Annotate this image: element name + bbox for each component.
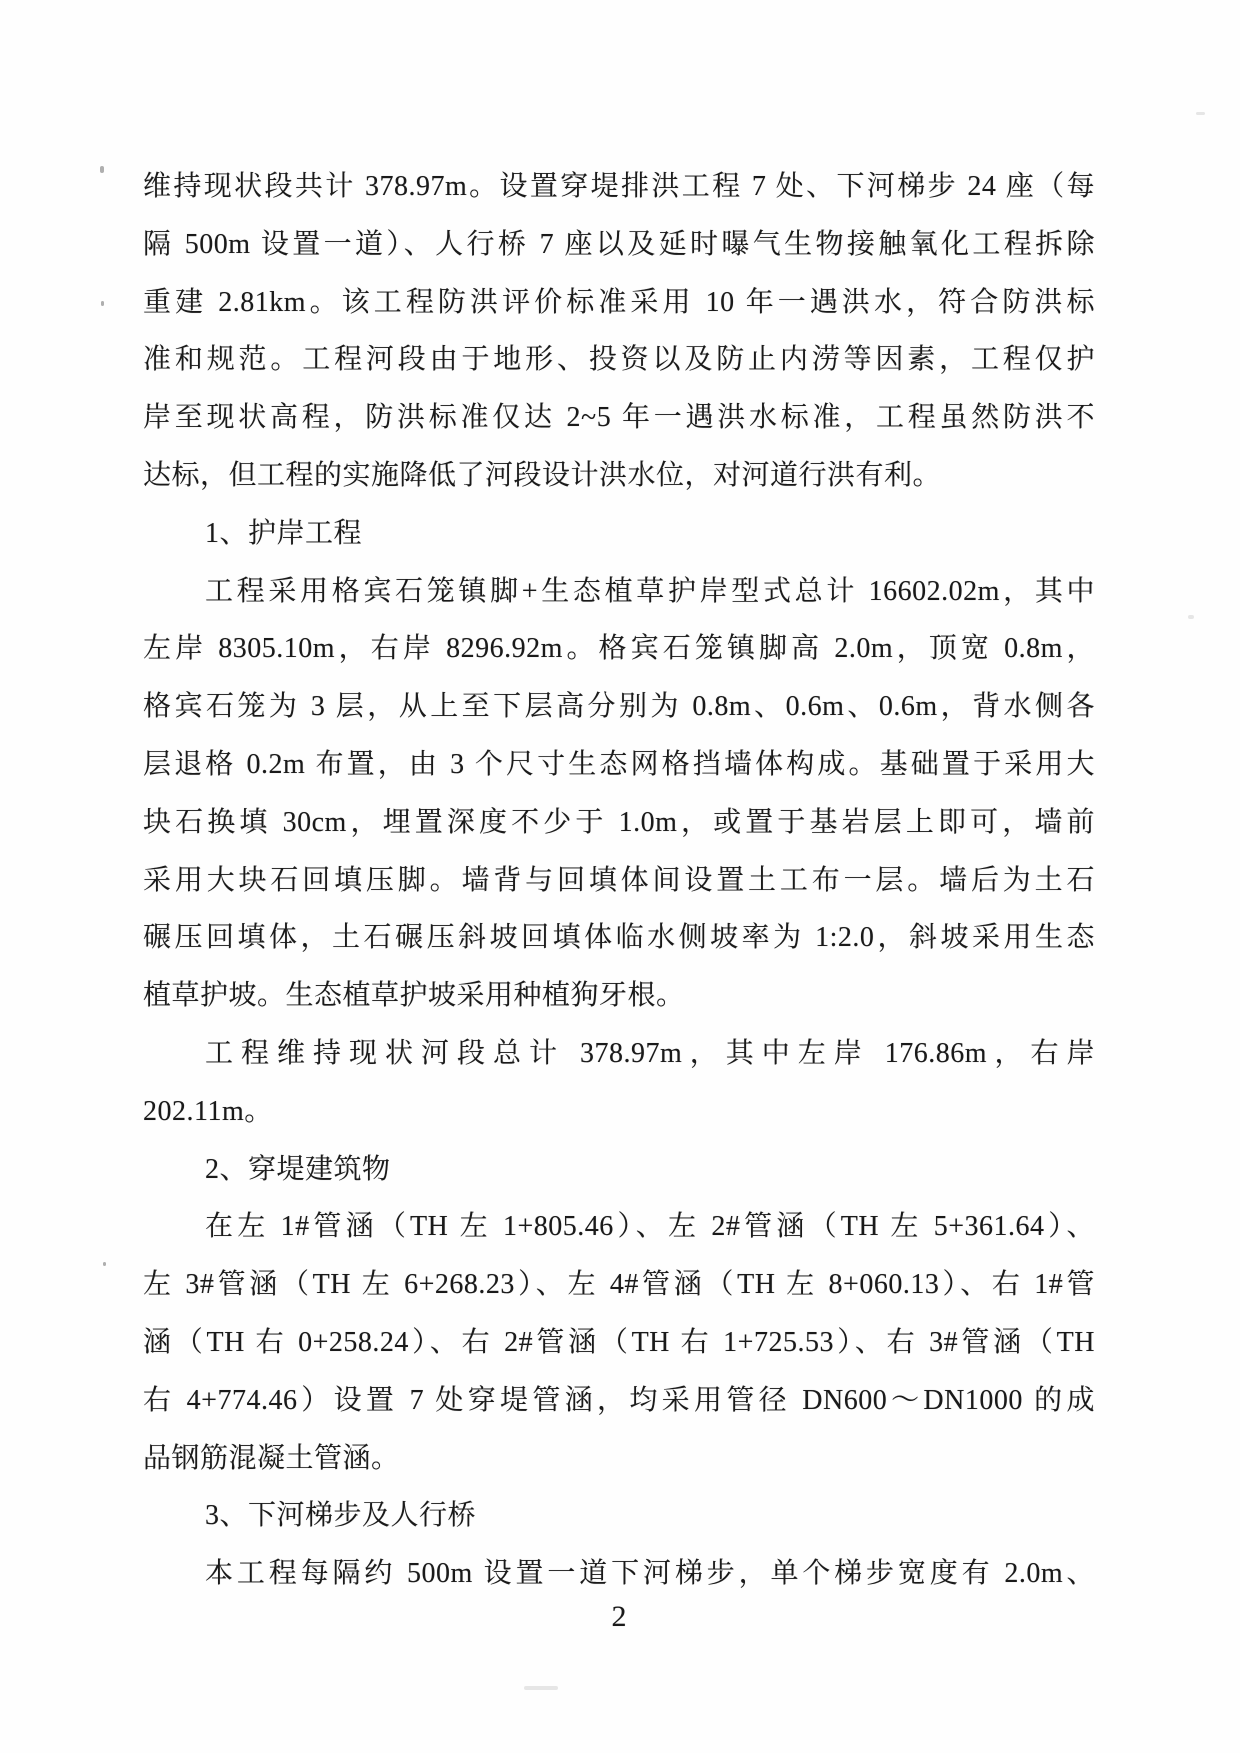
- text-line-25: 本工程每隔约 500m 设置一道下河梯步，单个梯步宽度有 2.0m、: [143, 1545, 1095, 1603]
- text-line-20: 左 3#管涵（TH 左 6+268.23）、左 4#管涵（TH 左 8+060.…: [143, 1256, 1095, 1314]
- text-line-13: 采用大块石回填压脚。墙背与回填体间设置土工布一层。墙后为土石: [143, 852, 1095, 910]
- text-line-12: 块石换填 30cm，埋置深度不少于 1.0m，或置于基岩层上即可，墙前: [143, 794, 1095, 852]
- text-line-24: 3、下河梯步及人行桥: [143, 1487, 1095, 1545]
- text-line-1: 维持现状段共计 378.97m。设置穿堤排洪工程 7 处、下河梯步 24 座（每: [143, 158, 1095, 216]
- text-line-14: 碾压回填体，土石碾压斜坡回填体临水侧坡率为 1:2.0，斜坡采用生态: [143, 909, 1095, 967]
- text-line-15: 植草护坡。生态植草护坡采用种植狗牙根。: [143, 967, 1095, 1025]
- text-line-18: 2、穿堤建筑物: [143, 1141, 1095, 1199]
- text-line-10: 格宾石笼为 3 层，从上至下层高分别为 0.8m、0.6m、0.6m，背水侧各: [143, 678, 1095, 736]
- text-line-5: 岸至现状高程，防洪标准仅达 2~5 年一遇洪水标准，工程虽然防洪不: [143, 389, 1095, 447]
- body-text: 维持现状段共计 378.97m。设置穿堤排洪工程 7 处、下河梯步 24 座（每…: [143, 158, 1095, 1603]
- text-line-17: 202.11m。: [143, 1083, 1095, 1141]
- text-line-4: 准和规范。工程河段由于地形、投资以及防止内涝等因素，工程仅护: [143, 331, 1095, 389]
- scan-artifact: [1196, 112, 1205, 115]
- text-line-9: 左岸 8305.10m，右岸 8296.92m。格宾石笼镇脚高 2.0m，顶宽 …: [143, 620, 1095, 678]
- scan-artifact: [1188, 615, 1194, 619]
- scan-artifact: [101, 301, 104, 306]
- text-line-8: 工程采用格宾石笼镇脚+生态植草护岸型式总计 16602.02m，其中: [143, 563, 1095, 621]
- text-line-7: 1、护岸工程: [143, 505, 1095, 563]
- document-page: 维持现状段共计 378.97m。设置穿堤排洪工程 7 处、下河梯步 24 座（每…: [0, 0, 1240, 1753]
- text-line-3: 重建 2.81km。该工程防洪评价标准采用 10 年一遇洪水，符合防洪标: [143, 274, 1095, 332]
- text-line-2: 隔 500m 设置一道）、人行桥 7 座以及延时曝气生物接触氧化工程拆除: [143, 216, 1095, 274]
- text-line-21: 涵（TH 右 0+258.24）、右 2#管涵（TH 右 1+725.53）、右…: [143, 1314, 1095, 1372]
- text-line-23: 品钢筋混凝土管涵。: [143, 1430, 1095, 1488]
- scan-artifact: [103, 1262, 106, 1266]
- scan-artifact: [524, 1686, 558, 1690]
- text-line-6: 达标，但工程的实施降低了河段设计洪水位，对河道行洪有利。: [143, 447, 1095, 505]
- page-number: 2: [143, 1597, 1095, 1637]
- text-line-16: 工程维持现状河段总计 378.97m，其中左岸 176.86m，右岸: [143, 1025, 1095, 1083]
- text-line-22: 右 4+774.46）设置 7 处穿堤管涵，均采用管径 DN600～DN1000…: [143, 1372, 1095, 1430]
- scan-artifact: [100, 166, 104, 173]
- text-line-19: 在左 1#管涵（TH 左 1+805.46）、左 2#管涵（TH 左 5+361…: [143, 1198, 1095, 1256]
- text-line-11: 层退格 0.2m 布置，由 3 个尺寸生态网格挡墙体构成。基础置于采用大: [143, 736, 1095, 794]
